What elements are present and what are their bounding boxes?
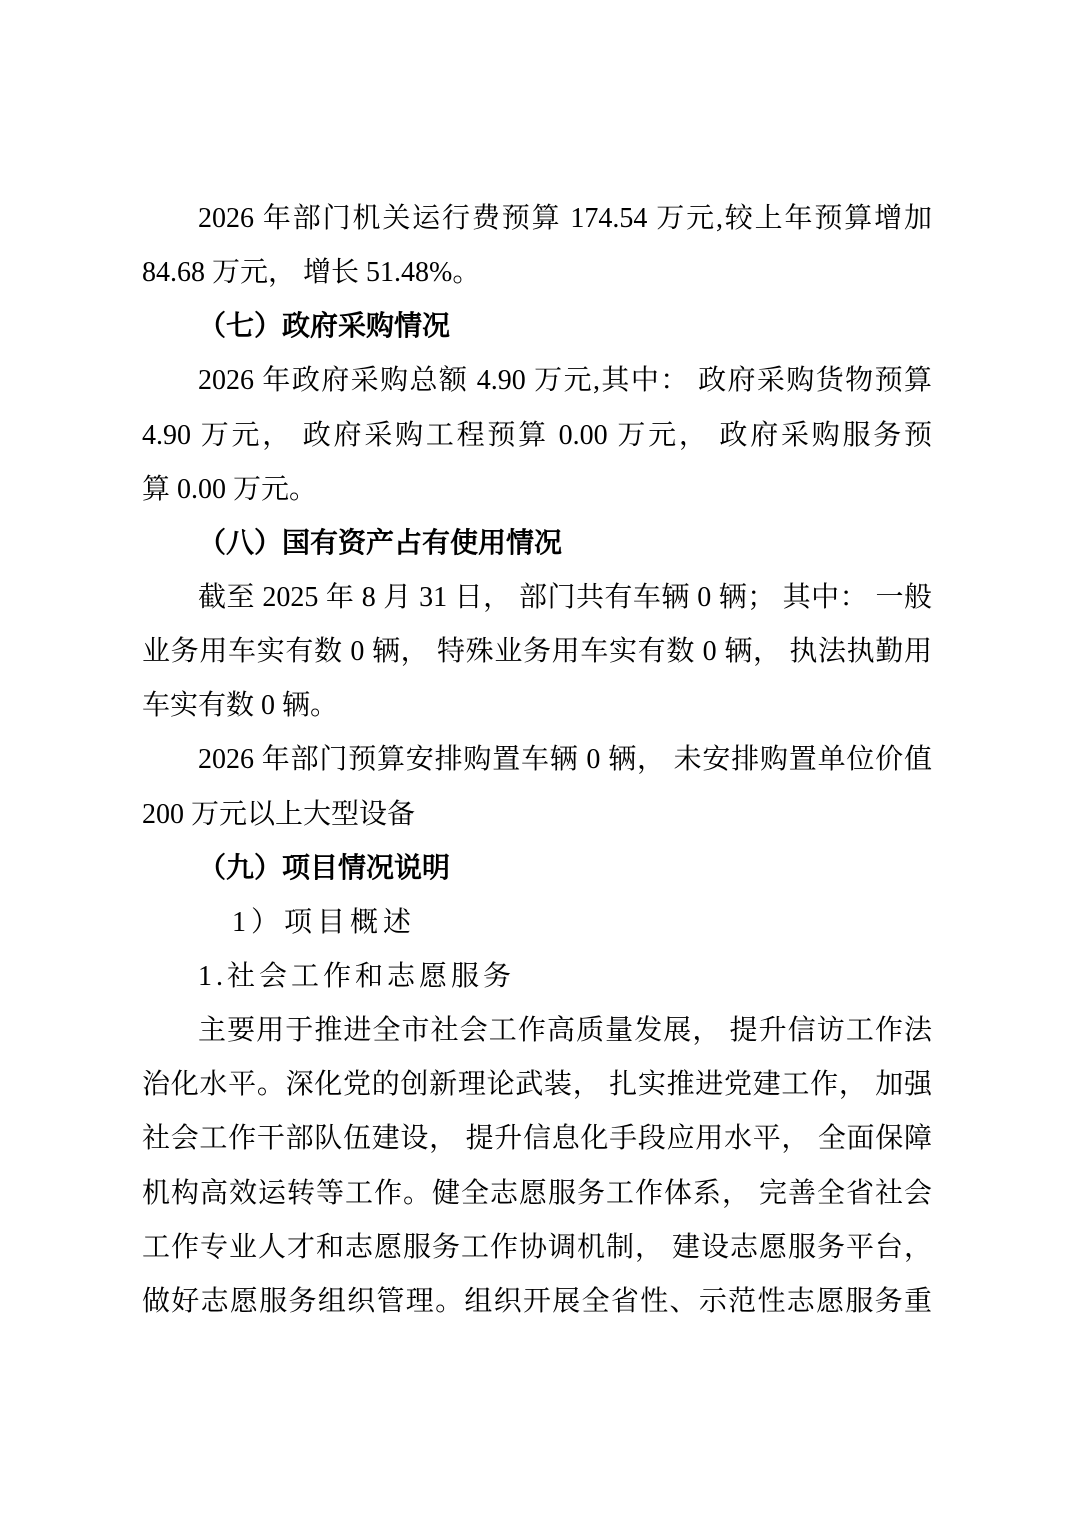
subheading-project-overview: 1）项目概述 [142,896,932,950]
paragraph-line-project-desc-4: 机构高效运转等工作。健全志愿服务工作体系， 完善全省社会 [142,1167,932,1221]
paragraph-line-project-desc-2: 治化水平。深化党的创新理论武装， 扎实推进党建工作， 加强 [142,1058,932,1112]
paragraph-line-project-desc-5: 工作专业人才和志愿服务工作协调机制， 建设志愿服务平台， [142,1221,932,1275]
paragraph-line-project-desc-6: 做好志愿服务组织管理。组织开展全省性、示范性志愿服务重 [142,1275,932,1329]
paragraph-line-equipment-end: 200 万元以上大型设备 [142,788,932,842]
heading-section-8-state-assets: （八）国有资产占有使用情况 [142,517,932,571]
paragraph-line-vehicles-asof: 截至 2025 年 8 月 31 日， 部门共有车辆 0 辆； 其中： 一般 [142,571,932,625]
paragraph-line-project-desc-3: 社会工作干部队伍建设， 提升信息化手段应用水平， 全面保障 [142,1112,932,1166]
paragraph-line-procurement-total: 2026 年政府采购总额 4.90 万元,其中： 政府采购货物预算 [142,354,932,408]
paragraph-line-vehicle-purchase: 2026 年部门预算安排购置车辆 0 辆， 未安排购置单位价值 [142,733,932,787]
paragraph-line-procurement-breakdown: 4.90 万元， 政府采购工程预算 0.00 万元， 政府采购服务预 [142,409,932,463]
paragraph-line-operating-budget: 2026 年部门机关运行费预算 174.54 万元,较上年预算增加 [142,192,932,246]
paragraph-line-project-desc-1: 主要用于推进全市社会工作高质量发展， 提升信访工作法 [142,1004,932,1058]
heading-section-7-procurement: （七）政府采购情况 [142,300,932,354]
paragraph-line-vehicles-end: 车实有数 0 辆。 [142,679,932,733]
paragraph-line-vehicles-detail: 业务用车实有数 0 辆， 特殊业务用车实有数 0 辆， 执法执勤用 [142,625,932,679]
heading-section-9-projects: （九）项目情况说明 [142,842,932,896]
paragraph-line-procurement-end: 算 0.00 万元。 [142,463,932,517]
document-page: 2026 年部门机关运行费预算 174.54 万元,较上年预算增加 84.68 … [0,0,1074,1520]
subheading-project-1-social-work: 1.社会工作和志愿服务 [142,950,932,1004]
paragraph-line-operating-budget-end: 84.68 万元， 增长 51.48%。 [142,246,932,300]
text-block: 2026 年部门机关运行费预算 174.54 万元,较上年预算增加 84.68 … [142,192,932,1329]
